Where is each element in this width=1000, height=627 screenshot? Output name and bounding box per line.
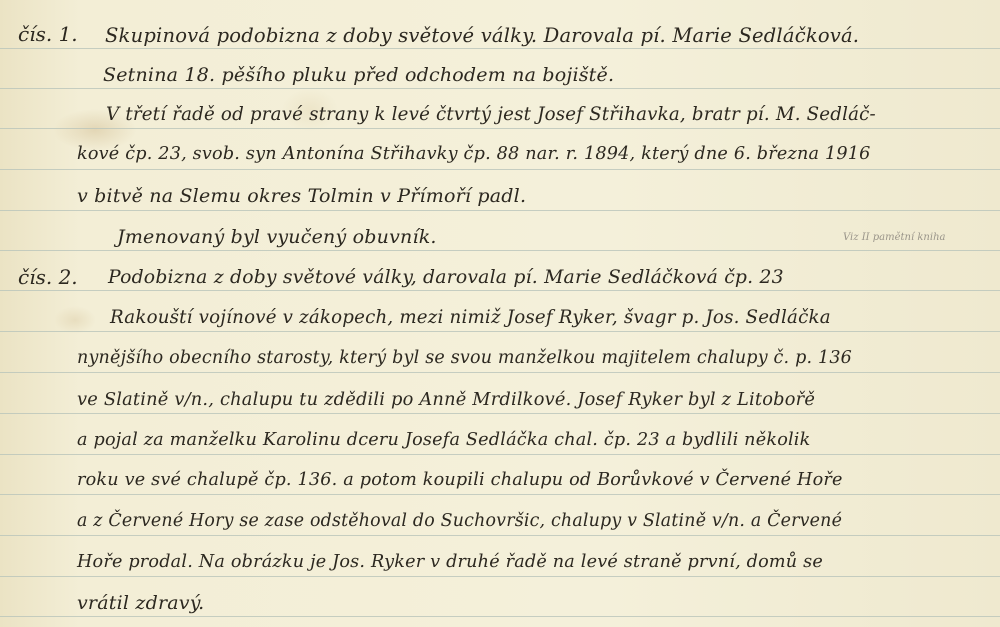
entry-line: Hoře prodal. Na obrázku je Jos. Ryker v … [77,552,823,572]
entry-number: čís. 1. [18,22,78,46]
ruled-line [0,576,1000,577]
entry-line: Rakouští vojínové v zákopech, mezi nimiž… [110,307,831,328]
ruled-line [0,616,1000,617]
ruled-line [0,290,1000,291]
entry-line: nynějšího obecního starosty, který byl s… [77,348,852,368]
entry-line: ve Slatině v/n., chalupu tu zdědili po A… [77,389,815,410]
ruled-line [0,88,1000,89]
entry-line: roku ve své chalupě čp. 136. a potom kou… [77,470,843,490]
ruled-line [0,494,1000,495]
ruled-line [0,250,1000,251]
entry-line: Setnina 18. pěšího pluku před odchodem n… [103,64,614,86]
ruled-line [0,48,1000,49]
entry-number: čís. 2. [18,265,78,289]
handwritten-chronicle-page: čís. 1. Skupinová podobizna z doby světo… [0,0,1000,627]
entry-line: vrátil zdravý. [77,592,204,614]
entry-line: Podobizna z doby světové války, darovala… [108,267,784,288]
entry-line: a z Červené Hory se zase odstěhoval do S… [77,511,842,531]
ruled-line [0,128,1000,129]
entry-line: Skupinová podobizna z doby světové války… [105,24,859,47]
entry-line: kové čp. 23, svob. syn Antonína Střihavk… [77,144,871,164]
ruled-line [0,169,1000,170]
ruled-line [0,372,1000,373]
entry-line: v bitvě na Slemu okres Tolmin v Přímoří … [77,185,526,207]
ruled-line [0,331,1000,332]
entry-line: Jmenovaný byl vyučený obuvník. [117,226,437,248]
margin-note: Viz II pamětní kniha [843,232,945,243]
ruled-line [0,454,1000,455]
entry-line: a pojal za manželku Karolinu dceru Josef… [77,430,811,450]
ruled-line [0,535,1000,536]
ruled-line [0,210,1000,211]
entry-line: V třetí řadě od pravé strany k levé čtvr… [106,104,876,125]
ruled-line [0,413,1000,414]
